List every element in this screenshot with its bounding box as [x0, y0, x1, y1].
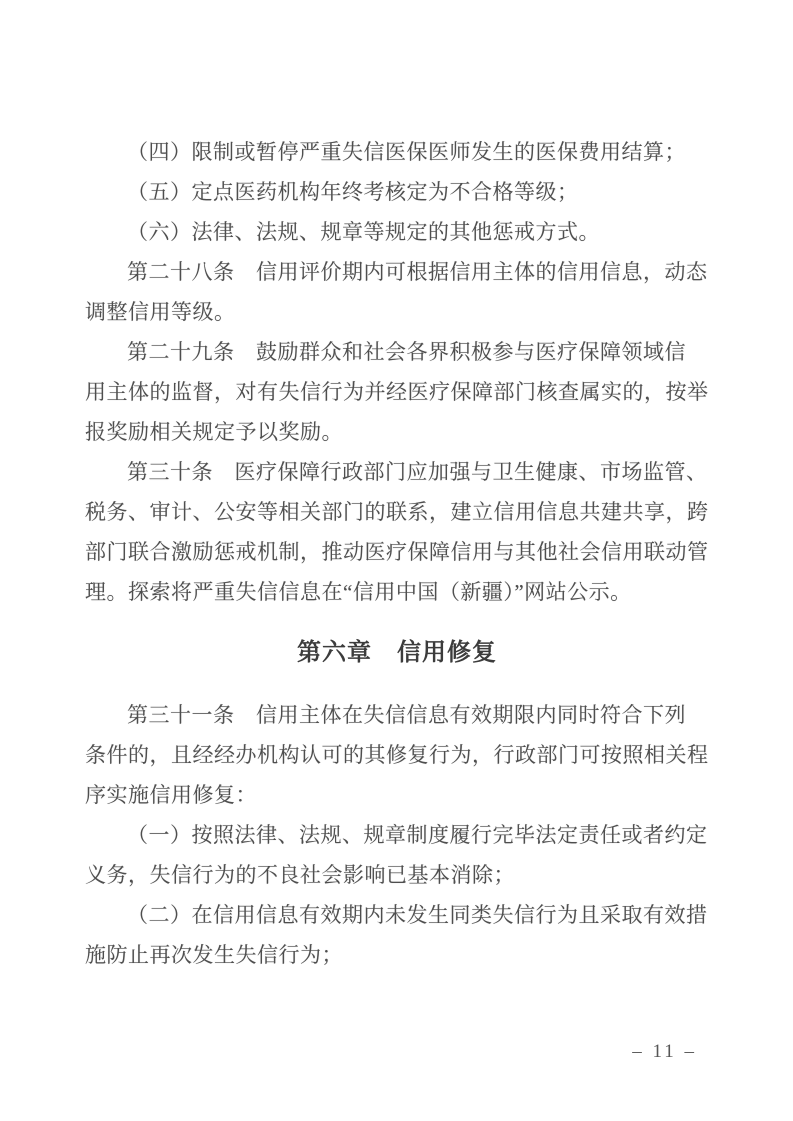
body-text-line: 部门联合激励惩戒机制，推动医疗保障信用与其他社会信用联动管	[85, 532, 709, 572]
body-text-line: （五）定点医药机构年终考核定为不合格等级；	[85, 172, 709, 212]
body-text-line: （四）限制或暂停严重失信医保医师发生的医保费用结算；	[85, 132, 709, 172]
body-text-line: 用主体的监督，对有失信行为并经医疗保障部门核查属实的，按举	[85, 372, 709, 412]
body-text-line: 序实施信用修复：	[85, 775, 709, 815]
body-text-line: 条件的，且经经办机构认可的其修复行为，行政部门可按照相关程	[85, 735, 709, 775]
body-text-line: 理。探索将严重失信信息在“信用中国（新疆）”网站公示。	[85, 572, 709, 612]
body-text-line: （一）按照法律、法规、规章制度履行完毕法定责任或者约定	[85, 815, 709, 855]
body-text-line: 报奖励相关规定予以奖励。	[85, 412, 709, 452]
chapter-heading: 第六章 信用修复	[85, 633, 709, 673]
body-text-line: 义务，失信行为的不良社会影响已基本消除；	[85, 855, 709, 895]
document-body: （四）限制或暂停严重失信医保医师发生的医保费用结算；（五）定点医药机构年终考核定…	[85, 132, 709, 975]
document-page: （四）限制或暂停严重失信医保医师发生的医保费用结算；（五）定点医药机构年终考核定…	[0, 0, 793, 1121]
page-number: – 11 –	[632, 1040, 697, 1064]
body-text-line: 第二十九条 鼓励群众和社会各界积极参与医疗保障领域信	[85, 332, 709, 372]
body-text-line: 第二十八条 信用评价期内可根据信用主体的信用信息，动态	[85, 252, 709, 292]
body-text-line: （六）法律、法规、规章等规定的其他惩戒方式。	[85, 212, 709, 252]
body-text-line: （二）在信用信息有效期内未发生同类失信行为且采取有效措	[85, 895, 709, 935]
body-text-line: 施防止再次发生失信行为；	[85, 935, 709, 975]
body-text-line: 第三十一条 信用主体在失信信息有效期限内同时符合下列	[85, 695, 709, 735]
body-text-line: 第三十条 医疗保障行政部门应加强与卫生健康、市场监管、	[85, 452, 709, 492]
body-text-line: 税务、审计、公安等相关部门的联系，建立信用信息共建共享，跨	[85, 492, 709, 532]
body-text-line: 调整信用等级。	[85, 292, 709, 332]
